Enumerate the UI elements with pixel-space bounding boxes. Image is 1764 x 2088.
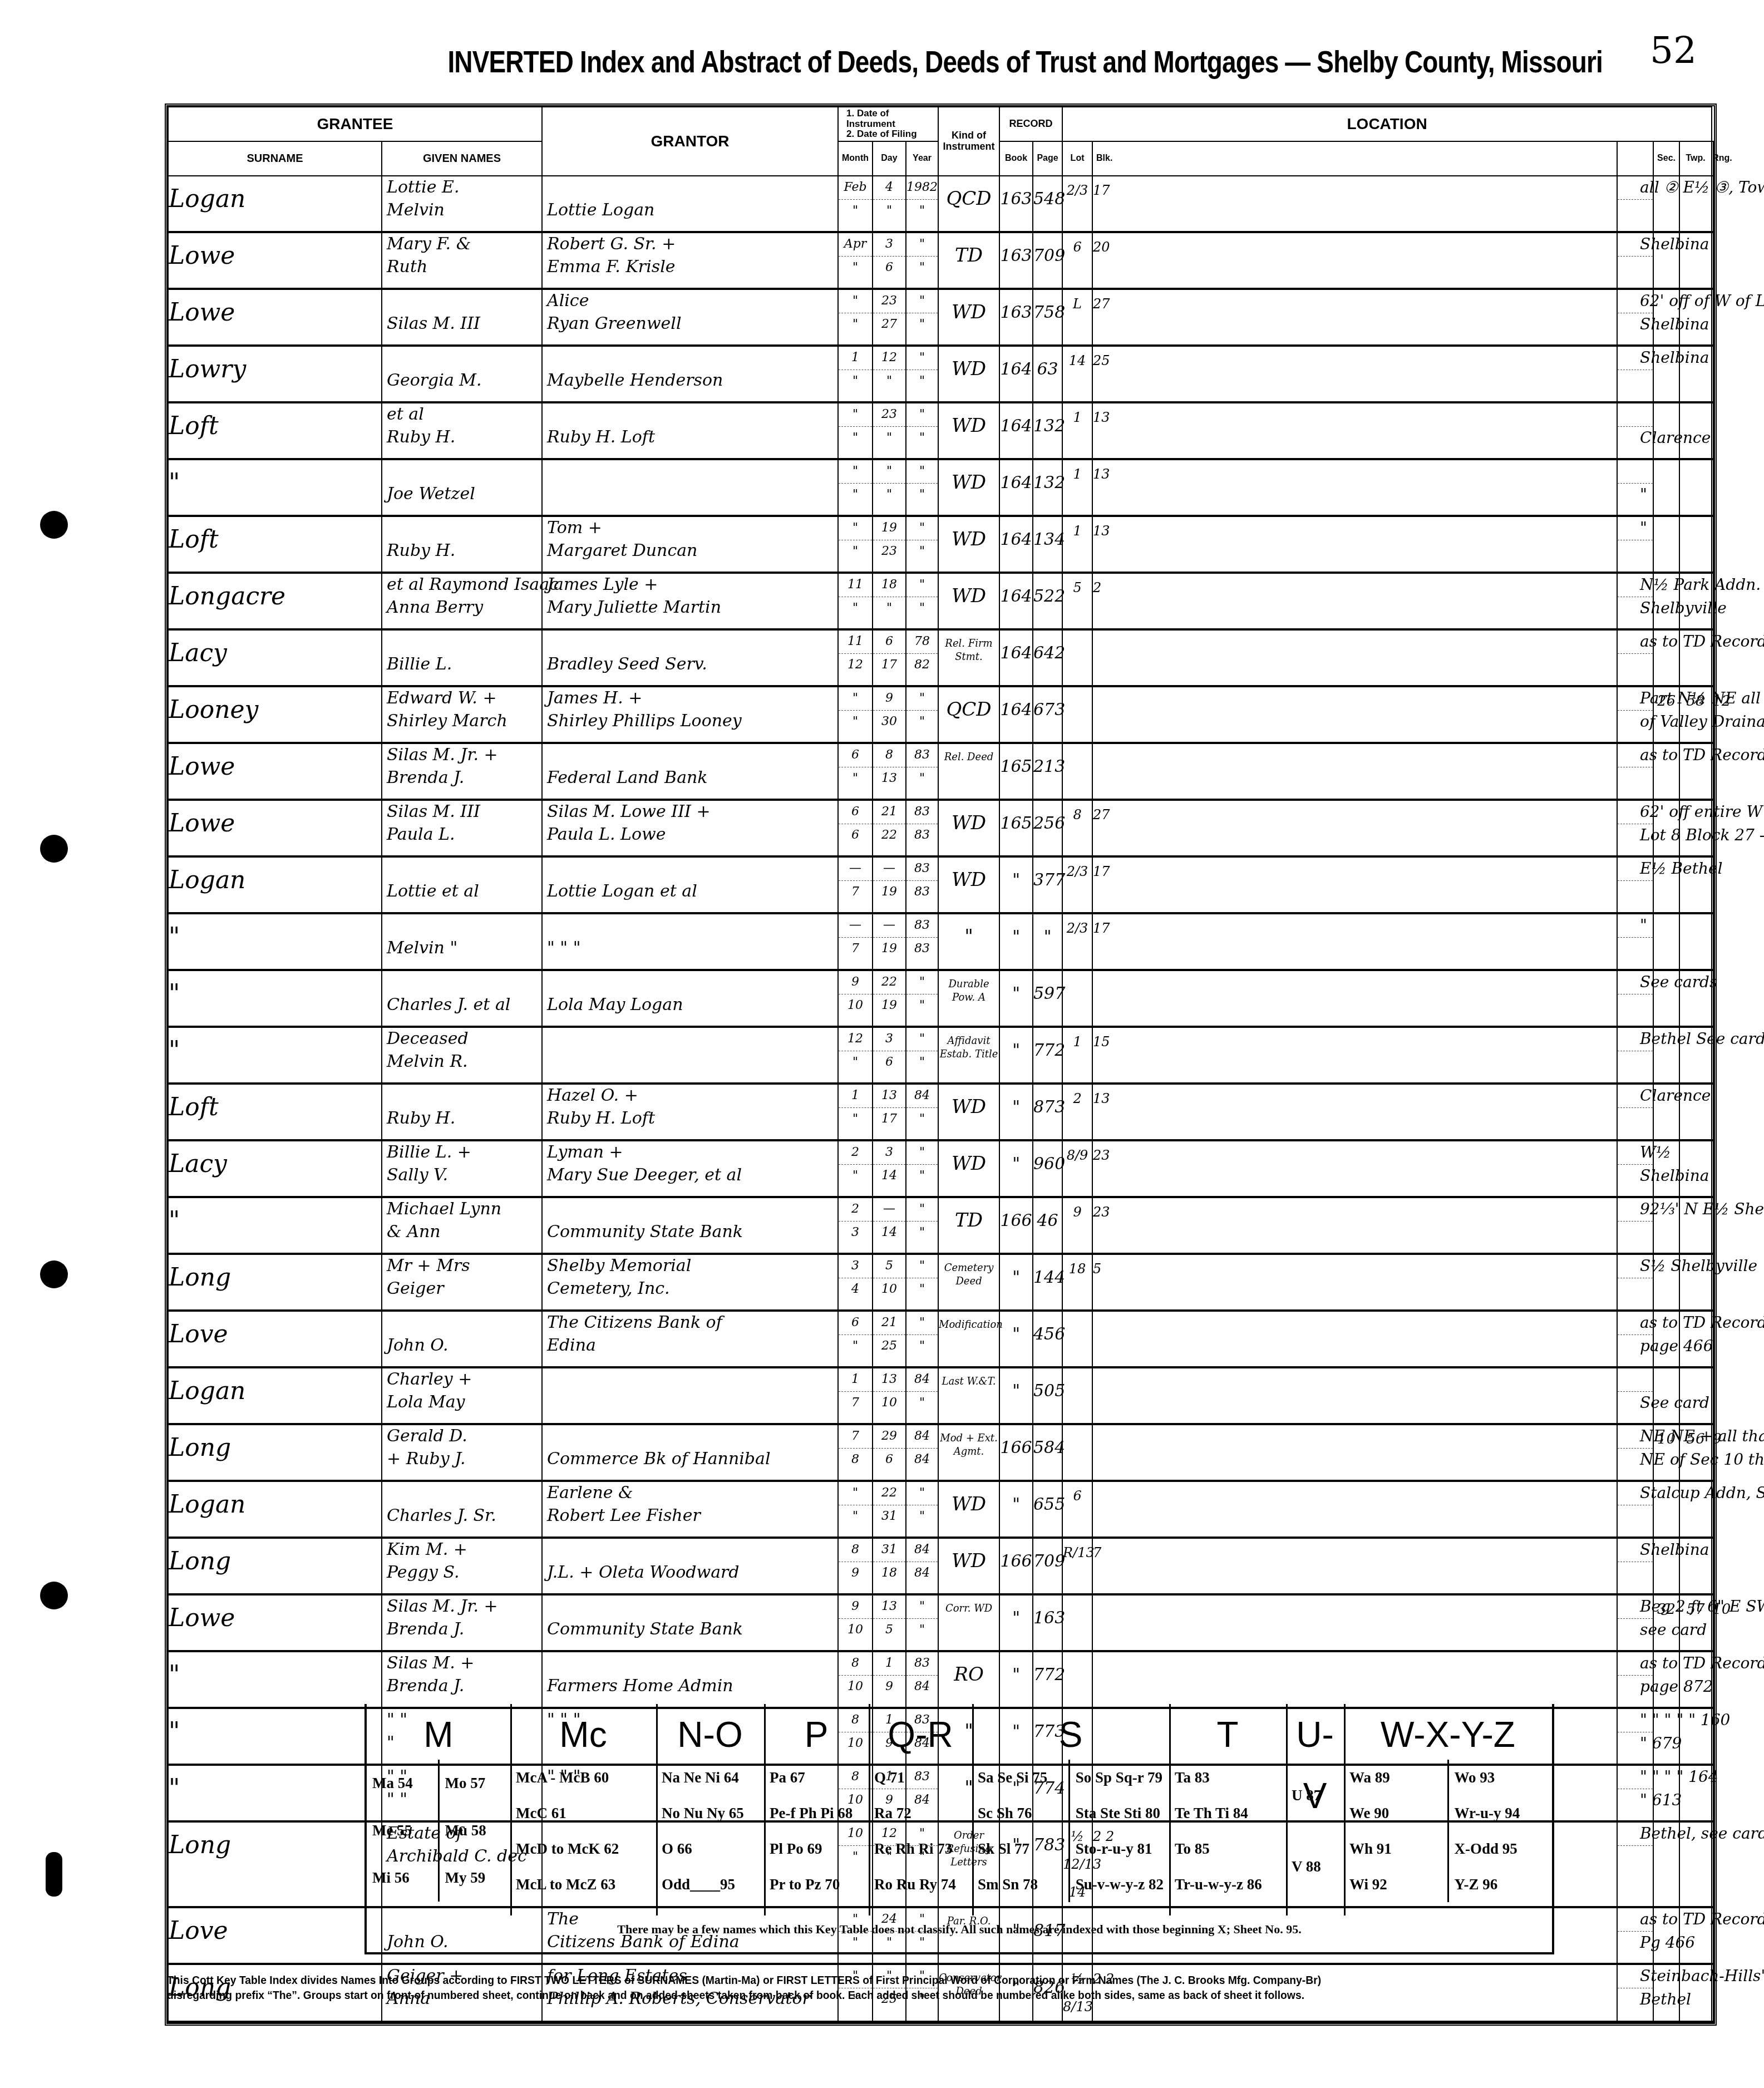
location-lot: 14 [1062, 346, 1092, 402]
location-lot: 2/3 [1062, 913, 1092, 970]
record-page: 597 [1033, 970, 1062, 1027]
date-day: 2122 [873, 800, 906, 856]
location-description-line-2: Shelbina [1618, 1165, 1653, 1188]
record-book: " [999, 1084, 1033, 1140]
filing-month: " [839, 767, 872, 790]
key-group: MMa 54Me 55Mi 56Mo 57Mu 58My 59 [367, 1704, 512, 1915]
grantor-name-line-2: Community State Bank [543, 1618, 837, 1641]
instrument-month: 6 [839, 1312, 872, 1335]
record-book: " [999, 1481, 1033, 1538]
filing-year: " [906, 427, 938, 450]
grantee-given-names-line-1: Billie L. + [382, 1141, 541, 1164]
location-description-line-1: 92⅓' N E½ Shelbina [1618, 1198, 1653, 1222]
instrument-day: — [873, 858, 905, 881]
instrument-kind: Mod + Ext. Agmt. [938, 1424, 999, 1481]
filing-month: " [839, 257, 872, 279]
grantee-given-names-line-1: Deceased [382, 1028, 541, 1051]
key-entry: Wi 92 [1349, 1867, 1442, 1902]
date-day: 2219 [873, 970, 906, 1027]
date-year: "" [906, 232, 938, 289]
key-entry: McA - McB 60 [516, 1760, 651, 1795]
location-rng: 9 [1712, 1424, 1713, 1481]
instrument-kind: WD [938, 1481, 999, 1538]
location-description: as to TD Recorded Book 158 Page 220 [1617, 629, 1653, 686]
filing-month: 10 [839, 994, 872, 1017]
key-entry: Pl Po 69 [770, 1831, 863, 1867]
filing-month: " [839, 540, 872, 563]
filing-day: 6 [873, 1051, 905, 1074]
instrument-kind: Rel. Deed [938, 743, 999, 800]
grantor-name-line-2: Ryan Greenwell [543, 313, 837, 336]
grantee-given-names-line-2: Charles J. Sr. [382, 1505, 541, 1528]
date-day: 23" [873, 402, 906, 459]
location-rng [1712, 1140, 1713, 1197]
date-month: 78 [838, 1424, 873, 1481]
grantee-surname: Lacy [168, 1140, 382, 1197]
instrument-year: " [906, 1312, 938, 1335]
grantee-given-names-line-2: Lottie et al [382, 880, 541, 903]
grantee-given-names: Silas M. Jr. +Brenda J. [382, 1594, 542, 1651]
filing-year: " [906, 597, 938, 620]
date-day: 813 [873, 743, 906, 800]
grantee-given-names: et al Raymond IsaacAnna Berry [382, 573, 542, 629]
grantee-given-names: et alRuby H. [382, 402, 542, 459]
location-description-line-1: Part N½ NE all S½ NE lying N+E [1618, 687, 1653, 711]
key-entry: Re Rh Ri 73 [874, 1831, 967, 1867]
instrument-day: 1 [873, 1652, 905, 1676]
key-entry: Sta Ste Sti 80 [1076, 1795, 1164, 1831]
date-month: 1112 [838, 629, 873, 686]
instrument-day: 29 [873, 1425, 905, 1449]
location-lot [1062, 1311, 1092, 1367]
location-description-line-2: Bethel [1618, 1988, 1653, 2011]
record-page: 758 [1033, 289, 1062, 346]
filing-day: 19 [873, 881, 905, 904]
grantee-surname: Lacy [168, 629, 382, 686]
record-page: 709 [1033, 232, 1062, 289]
grantee-surname: Logan [168, 1367, 382, 1424]
date-month: "" [838, 686, 873, 743]
filing-month: 7 [839, 881, 872, 904]
location-description-line-2 [1618, 257, 1653, 279]
filing-month: " [839, 1108, 872, 1131]
instrument-kind: QCD [938, 176, 999, 232]
grantee-given-names-line-1 [382, 631, 541, 653]
year-header: Year [906, 141, 938, 176]
instrument-day: 3 [873, 233, 905, 257]
instrument-day: 8 [873, 744, 905, 767]
grantor-name-line-1 [543, 1198, 837, 1221]
ledger-row: LoweSilas M. IIIPaula L.Silas M. Lowe II… [168, 800, 1713, 856]
page-title: INVERTED Index and Abstract of Deeds, De… [447, 43, 1433, 80]
date-month: 11" [838, 573, 873, 629]
filing-year: 82 [906, 654, 938, 677]
instrument-kind: Affidavit Estab. Title [938, 1027, 999, 1084]
location-description-line-1: Bethel, see card [1618, 1823, 1653, 1846]
grantee-given-names-line-2: Geiger [382, 1278, 541, 1301]
filing-year: " [906, 1335, 938, 1358]
grantee-given-names-line-2: Charles J. et al [382, 994, 541, 1017]
grantor-name: Bradley Seed Serv. [542, 629, 838, 686]
grantor-name-line-1 [543, 1028, 837, 1051]
key-entry: Sm Sn 78 [978, 1867, 1063, 1902]
grantor-name-line-2: Robert Lee Fisher [543, 1505, 837, 1528]
record-book: 165 [999, 800, 1033, 856]
location-description: W½Shelbina [1617, 1140, 1653, 1197]
instrument-kind: WD [938, 516, 999, 573]
instrument-day: 9 [873, 687, 905, 711]
sec-header: Sec. [1653, 141, 1679, 176]
location-description-line-2 [1618, 1051, 1653, 1074]
instrument-month: " [839, 403, 872, 427]
key-group-letter: U-V [1286, 1704, 1344, 1760]
instrument-kind: QCD [938, 686, 999, 743]
location-lot [1062, 1424, 1092, 1481]
filing-month: 7 [839, 1392, 872, 1415]
date-month: 17 [838, 1367, 873, 1424]
grantor-name-line-2: Commerce Bk of Hannibal [543, 1448, 837, 1471]
location-description: Stalcup Addn, Shelbina [1617, 1481, 1653, 1538]
key-entry: Sto-r-u-y 81 [1076, 1831, 1164, 1867]
grantee-header: GRANTEE [168, 107, 542, 141]
date-day: 19 [873, 1651, 906, 1708]
ledger-row: LoganCharley +Lola May17131084"Last W.&T… [168, 1367, 1713, 1424]
footer-line-1: This Cott Key Table Index divides Names … [167, 1973, 1590, 1988]
location-description-line-1: " " " " " 160 [1618, 1709, 1653, 1732]
date-day: 2231 [873, 1481, 906, 1538]
date-day: 2327 [873, 289, 906, 346]
record-header: RECORD [999, 107, 1062, 141]
instrument-year: " [906, 971, 938, 994]
instrument-kind: RO [938, 1651, 999, 1708]
instrument-year: 83 [906, 914, 938, 938]
key-entry: Wo 93 [1455, 1760, 1547, 1795]
key-entry: Tr-u-w-y-z 86 [1175, 1867, 1280, 1902]
location-description-line-1: as to TD Recorded Book 158 [1618, 1652, 1653, 1676]
grantee-given-names-line-1: Silas M. + [382, 1652, 541, 1675]
location-description: " [1617, 913, 1653, 970]
instrument-month: 8 [839, 1652, 872, 1676]
grantor-name: Hazel O. +Ruby H. Loft [542, 1084, 838, 1140]
filing-year: " [906, 767, 938, 790]
page-header: Page [1033, 141, 1062, 176]
key-entry: Pe-f Ph Pi 68 [770, 1795, 863, 1831]
date-year: 84" [906, 1084, 938, 1140]
location-description-line-2 [1618, 200, 1653, 223]
date-day: 135 [873, 1594, 906, 1651]
record-book: " [999, 856, 1033, 913]
record-page: 709 [1033, 1538, 1062, 1594]
date-month: "" [838, 459, 873, 516]
date-month: —7 [838, 856, 873, 913]
grantor-name-line-1 [543, 460, 837, 483]
dates-header-line1: 1. Date of Instrument [846, 109, 938, 129]
location-description: See cards [1617, 970, 1653, 1027]
location-description-line-2 [1618, 654, 1653, 677]
grantor-name-line-1: Shelby Memorial [543, 1255, 837, 1278]
grantor-name-line-2: Ruby H. Loft [543, 1107, 837, 1130]
grantee-given-names-line-2: Brenda J. [382, 1675, 541, 1698]
instrument-month: " [839, 460, 872, 484]
location-description-line-2 [1618, 540, 1653, 563]
ledger-row: "Charles J. et alLola May Logan9102219""… [168, 970, 1713, 1027]
grantee-given-names: Charles J. et al [382, 970, 542, 1027]
grantee-given-names: Silas M. IIIPaula L. [382, 800, 542, 856]
record-page: 960 [1033, 1140, 1062, 1197]
instrument-day: — [873, 914, 905, 938]
location-blk [1092, 743, 1617, 800]
key-entry: Ra 72 [874, 1795, 967, 1831]
kind-header: Kind of Instrument [938, 107, 999, 176]
key-entry: Mi 56 [372, 1854, 432, 1902]
instrument-kind: WD [938, 459, 999, 516]
location-blk: 7 [1092, 1538, 1617, 1594]
grantor-name-line-1: Robert G. Sr. + [543, 233, 837, 256]
filing-day: 10 [873, 1392, 905, 1415]
key-group: U-VU 87V 88 [1286, 1704, 1346, 1915]
instrument-year: " [906, 233, 938, 257]
grantee-given-names-line-2: Melvin R. [382, 1051, 541, 1073]
location-lot: 1 [1062, 516, 1092, 573]
instrument-kind: WD [938, 573, 999, 629]
grantee-surname: " [168, 1651, 382, 1708]
location-header: LOCATION [1062, 107, 1712, 141]
key-group: McMcA - McB 60McC 61McD to McK 62McL to … [510, 1704, 658, 1915]
record-page: 772 [1033, 1651, 1062, 1708]
grantor-name-line-1 [543, 631, 837, 653]
filing-day: 19 [873, 994, 905, 1017]
key-entry: Te Th Ti 84 [1175, 1795, 1280, 1831]
date-year: "" [906, 1197, 938, 1254]
date-month: 1" [838, 1084, 873, 1140]
location-rng [1712, 402, 1713, 459]
ledger-row: LongGerald D.+ Ruby J.Commerce Bk of Han… [168, 1424, 1713, 1481]
record-page: 377 [1033, 856, 1062, 913]
ledger-row: LoweSilas M. Jr. +Brenda J.Federal Land … [168, 743, 1713, 800]
key-entry: Ma 54 [372, 1760, 432, 1807]
key-group: W-X-Y-ZWa 89We 90Wh 91Wi 92Wo 93Wr-u-y 9… [1344, 1704, 1552, 1915]
grantee-given-names-line-1 [382, 971, 541, 994]
instrument-kind: WD [938, 800, 999, 856]
location-twp [1679, 459, 1712, 516]
grantee-given-names-line-1 [382, 1482, 541, 1505]
blk-header: Blk. [1092, 141, 1617, 176]
filing-year: 83 [906, 881, 938, 904]
location-lot: 1 [1062, 1027, 1092, 1084]
date-day: 1317 [873, 1084, 906, 1140]
key-table-note: There may be a few names which this Key … [367, 1922, 1552, 1937]
filing-month: 9 [839, 1562, 872, 1585]
location-blk [1092, 629, 1617, 686]
location-blk [1092, 1651, 1617, 1708]
instrument-day: 3 [873, 1141, 905, 1165]
ledger-row: LoganCharles J. Sr.Earlene &Robert Lee F… [168, 1481, 1713, 1538]
date-year: 8383 [906, 913, 938, 970]
grantee-given-names-line-2: & Ann [382, 1221, 541, 1244]
location-description-line-2 [1618, 767, 1653, 790]
location-description: " [1617, 516, 1653, 573]
location-lot: L [1062, 289, 1092, 346]
record-book: 164 [999, 573, 1033, 629]
date-year: "" [906, 289, 938, 346]
location-description-line-2 [1618, 1562, 1653, 1585]
grantee-given-names: Silas M. Jr. +Brenda J. [382, 743, 542, 800]
filing-year: " [906, 484, 938, 506]
date-year: "" [906, 402, 938, 459]
grantee-given-names-line-1 [382, 914, 541, 937]
grantee-given-names-line-2: Shirley March [382, 710, 541, 733]
grantee-given-names: Edward W. +Shirley March [382, 686, 542, 743]
location-description-line-2 [1618, 1108, 1653, 1131]
grantee-given-names-line-2: Melvin " [382, 937, 541, 960]
location-description-line-2 [1618, 1505, 1653, 1528]
date-month: "" [838, 289, 873, 346]
grantee-surname: Looney [168, 686, 382, 743]
record-page: 673 [1033, 686, 1062, 743]
grantor-name-line-1: Alice [543, 290, 837, 313]
grantee-given-names-line-1: Silas M. Jr. + [382, 1595, 541, 1618]
ledger-row: LooneyEdward W. +Shirley MarchJames H. +… [168, 686, 1713, 743]
location-rng [1712, 232, 1713, 289]
instrument-year: " [906, 1255, 938, 1278]
filing-year: " [906, 1505, 938, 1528]
location-description-line-2 [1618, 1846, 1653, 1869]
instrument-month: " [839, 1482, 872, 1505]
grantor-name-line-1: James H. + [543, 687, 837, 710]
location-description: S½ Shelbyville [1617, 1254, 1653, 1311]
key-table: MMa 54Me 55Mi 56Mo 57Mu 58My 59McMcA - M… [364, 1704, 1554, 1954]
instrument-month: 12 [839, 1028, 872, 1051]
key-entry: U 87 [1292, 1760, 1338, 1831]
location-description-line-1: as to TD Recorded Book 158 Page 220 [1618, 631, 1653, 654]
grantee-surname: " [168, 459, 382, 516]
key-entry: Ro Ru Ry 74 [874, 1867, 967, 1902]
key-entry: Sa Se Si 75 [978, 1760, 1063, 1795]
filing-day: " [873, 200, 905, 223]
instrument-year: 84 [906, 1368, 938, 1392]
grantee-given-names-line-2: Anna Berry [382, 597, 541, 619]
date-day: 18" [873, 573, 906, 629]
record-book: 164 [999, 459, 1033, 516]
record-book: " [999, 1027, 1033, 1084]
location-description-line-1: " [1618, 517, 1653, 540]
grantor-name-line-2: Margaret Duncan [543, 540, 837, 563]
rng-header: Rng. [1712, 141, 1713, 176]
grantee-given-names-line-2: Joe Wetzel [382, 483, 541, 506]
location-description-line-1: " " " " 164 [1618, 1766, 1653, 1789]
date-month: 1" [838, 346, 873, 402]
filing-day: " [873, 597, 905, 620]
filing-month: 3 [839, 1222, 872, 1244]
instrument-month: 1 [839, 347, 872, 370]
location-blk: 27 [1092, 800, 1617, 856]
key-entry: Mu 58 [445, 1807, 505, 1854]
grantor-name-line-2: Edina [543, 1334, 837, 1357]
ledger-row: "DeceasedMelvin R.12"36""Affidavit Estab… [168, 1027, 1713, 1084]
grantor-name-line-2: Mary Sue Deeger, et al [543, 1164, 837, 1187]
grantee-given-names: Kim M. +Peggy S. [382, 1538, 542, 1594]
location-blk: 2 [1092, 573, 1617, 629]
date-year: "" [906, 1140, 938, 1197]
date-year: 8484 [906, 1538, 938, 1594]
location-blk: 5 [1092, 1254, 1617, 1311]
grantor-name-line-1: James Lyle + [543, 574, 837, 597]
ledger-row: "Silas M. +Brenda J.Farmers Home Admin81… [168, 1651, 1713, 1708]
instrument-year: 83 [906, 801, 938, 824]
record-book: 163 [999, 289, 1033, 346]
ledger-row: LoveJohn O.The Citizens Bank ofEdina6"21… [168, 1311, 1713, 1367]
location-sec: 10 [1653, 1424, 1679, 1481]
punch-hole [40, 1582, 68, 1609]
location-description: NE NE + all that Part SENE of Sec 10 tha… [1617, 1424, 1653, 1481]
record-page: " [1033, 913, 1062, 970]
grantee-surname: Logan [168, 1481, 382, 1538]
location-description-line-1: Shelbina [1618, 347, 1653, 370]
location-description: " [1617, 459, 1653, 516]
grantor-name-line-2 [543, 1391, 837, 1414]
key-entry: Pr to Pz 70 [770, 1867, 863, 1902]
location-rng [1712, 516, 1713, 573]
grantee-given-names-line-2: Georgia M. [382, 370, 541, 392]
instrument-day: 23 [873, 403, 905, 427]
record-book: " [999, 1594, 1033, 1651]
instrument-day: 4 [873, 176, 905, 200]
location-description-line-2: " [1618, 484, 1653, 506]
instrument-month: — [839, 914, 872, 938]
date-month: 2" [838, 1140, 873, 1197]
date-day: 930 [873, 686, 906, 743]
date-day: 4" [873, 176, 906, 232]
grantee-given-names: Ruby H. [382, 516, 542, 573]
grantee-given-names-line-2: Lola May [382, 1391, 541, 1414]
instrument-month: 7 [839, 1425, 872, 1449]
instrument-kind: WD [938, 289, 999, 346]
filing-month: " [839, 484, 872, 506]
date-day: 36 [873, 1027, 906, 1084]
filing-day: 14 [873, 1165, 905, 1188]
grantor-name-line-2: Community State Bank [543, 1221, 837, 1244]
ledger-row: "Melvin "" " "—7—198383"""2/317" [168, 913, 1713, 970]
given-names-header: GIVEN NAMES [382, 141, 542, 176]
grantee-given-names: Mr + MrsGeiger [382, 1254, 542, 1311]
grantor-name-line-1 [543, 347, 837, 370]
grantee-given-names-line-1 [382, 347, 541, 370]
date-day: 296 [873, 1424, 906, 1481]
grantee-surname: Lowe [168, 232, 382, 289]
location-lot [1062, 1367, 1092, 1424]
ledger-row: LoweSilas M. IIIAliceRyan Greenwell""232… [168, 289, 1713, 346]
filing-day: 13 [873, 767, 905, 790]
location-description: Shelbina [1617, 346, 1653, 402]
grantee-given-names: DeceasedMelvin R. [382, 1027, 542, 1084]
grantee-given-names-line-2: + Ruby J. [382, 1448, 541, 1471]
filing-month: " [839, 1165, 872, 1188]
location-description-line-2: Clarence [1618, 427, 1653, 450]
grantee-given-names: Charles J. Sr. [382, 1481, 542, 1538]
date-year: 8384 [906, 1651, 938, 1708]
grantor-name: Silas M. Lowe III +Paula L. Lowe [542, 800, 838, 856]
grantor-name: Lola May Logan [542, 970, 838, 1027]
date-month: 910 [838, 1594, 873, 1651]
ledger-row: "Michael Lynn& AnnCommunity State Bank23… [168, 1197, 1713, 1254]
filing-day: " [873, 370, 905, 393]
grantor-name-line-1: The Citizens Bank of [543, 1312, 837, 1334]
key-group-letter: W-X-Y-Z [1344, 1704, 1552, 1760]
filing-day: 19 [873, 938, 905, 961]
location-description: 62' off entire W sideLot 8 Block 27 - Sh… [1617, 800, 1653, 856]
grantee-given-names: Melvin " [382, 913, 542, 970]
location-description-line-2: page 872 [1618, 1676, 1653, 1698]
